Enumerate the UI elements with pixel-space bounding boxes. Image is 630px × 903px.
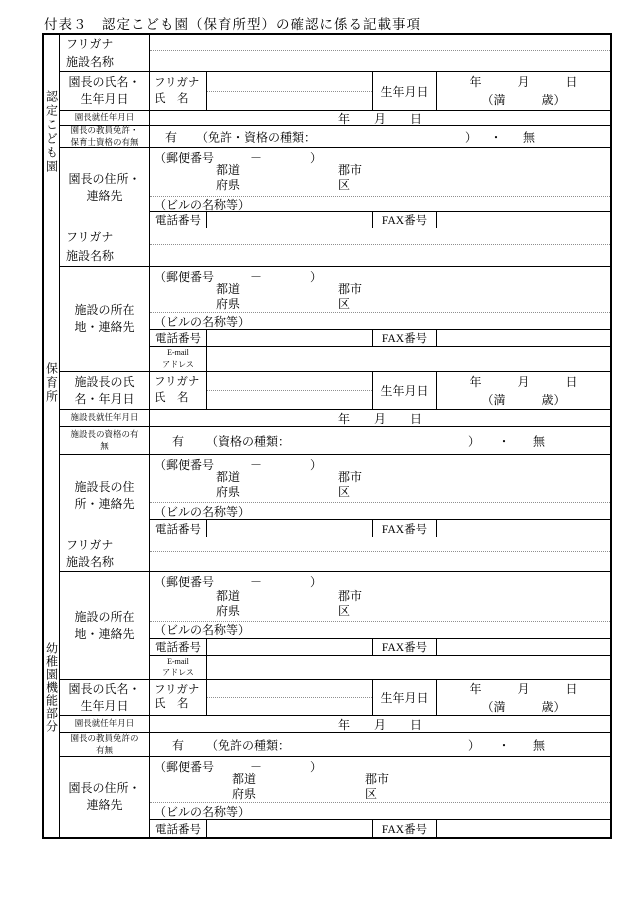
- row-label-line1: 施設長の氏: [74, 374, 134, 391]
- furigana-label: フリガナ: [66, 37, 113, 51]
- license-options: 有 （免許・資格の種類： ） ・ 無: [150, 126, 610, 147]
- email-label: E-mail アドレス: [150, 656, 207, 679]
- phone-label: 電話番号: [150, 212, 207, 228]
- phone-label: 電話番号: [150, 330, 207, 346]
- city-text: 郡市 区: [338, 282, 362, 312]
- license-label-line1: 施設長の資格の有: [70, 429, 138, 440]
- address-label-line2: 連絡先: [86, 797, 122, 814]
- name-furigana-sublabel: フリガナ: [154, 684, 206, 697]
- prefecture-text: 都道 府県: [216, 282, 240, 312]
- license-dot: ・: [490, 128, 502, 145]
- fax-label: FAX番号: [373, 639, 437, 655]
- director-name-row: 園長の氏名・ 生年月日 フリガナ 氏 名 生年月日 年 月 日 （満: [60, 72, 610, 111]
- head-address-row: 施設長の住 所・連絡先 （郵便番号 － ） 都道 府県 郡市: [60, 455, 610, 537]
- section-rows: フリガナ 施設名称 園長の氏名・ 生年月日 フリガナ 氏: [60, 35, 610, 228]
- row-label-line2: 生年月日: [80, 698, 128, 715]
- address-row-label: 園長の住所・ 連絡先: [60, 757, 150, 837]
- email-field: [207, 347, 610, 371]
- appointment-date-value: 年 月 日: [150, 716, 610, 732]
- appointment-date-value: 年 月 日: [150, 410, 610, 426]
- fax-label: FAX番号: [373, 212, 437, 228]
- birthdate-value-cell: 年 月 日 （満 歳）: [437, 72, 610, 110]
- building-name-text: （ビルの名称等）: [150, 622, 610, 639]
- city-line1: 郡市: [338, 589, 362, 604]
- row-label-line1: 園長の氏名・: [68, 74, 140, 91]
- appointment-date-label: 園長就任年月日: [60, 111, 150, 125]
- address-label-line1: 園長の住所・: [68, 780, 140, 797]
- address-row-label: 園長の住所・ 連絡先: [60, 148, 150, 228]
- license-kind: （資格の種類：: [206, 432, 290, 449]
- head-name-row-label: 施設長の氏 名・年月日: [60, 372, 150, 409]
- name-furigana-sublabel: フリガナ: [154, 77, 206, 90]
- facility-furigana-field: [150, 35, 610, 51]
- city-text: 郡市 区: [338, 163, 362, 193]
- license-kind: （免許・資格の種類：: [196, 128, 316, 145]
- phone-field: [207, 330, 373, 346]
- birthdate-value-cell: 年 月 日 （満 歳）: [437, 372, 610, 409]
- phone-fax-row: 電話番号 FAX番号: [150, 520, 610, 537]
- fax-field: [437, 330, 610, 346]
- fax-field: [437, 520, 610, 537]
- birthdate-ymd: 年 月 日: [469, 680, 577, 698]
- email-label-line1: E-mail: [167, 656, 189, 668]
- email-label-line2: アドレス: [162, 359, 194, 371]
- city-line1: 郡市: [365, 772, 389, 787]
- address-row-label: 施設の所在 地・連絡先: [60, 572, 150, 679]
- facility-furigana-field: [150, 537, 610, 552]
- license-label-line2: 無: [100, 441, 109, 452]
- facility-name-row-label: フリガナ 施設名称: [60, 228, 150, 266]
- director-address-row: 園長の住所・ 連絡先 （郵便番号 － ） 都道 府県 郡市: [60, 148, 610, 228]
- license-close-paren: ）: [468, 736, 480, 753]
- birthdate-age: （満 歳）: [481, 698, 565, 716]
- license-no: 無: [523, 128, 535, 145]
- address-main-field: （郵便番号 － ） 都道 府県 郡市 区: [150, 455, 610, 503]
- name-furigana-field: [207, 372, 372, 391]
- facility-address-row: 施設の所在 地・連絡先 （郵便番号 － ） 都道 府県 郡市: [60, 572, 610, 680]
- phone-field: [207, 520, 373, 537]
- prefecture-line1: 都道: [232, 772, 256, 787]
- name-fields: [207, 72, 373, 110]
- phone-field: [207, 212, 373, 228]
- appointment-date-label: 施設長就任年月日: [60, 410, 150, 426]
- facility-name-fields: [150, 35, 610, 71]
- prefecture-line1: 都道: [216, 282, 240, 297]
- facility-name-fields: [150, 537, 610, 571]
- email-label-line2: アドレス: [162, 667, 194, 679]
- qualification-row-label: 施設長の資格の有 無: [60, 427, 150, 454]
- row-label-line2: 生年月日: [80, 91, 128, 108]
- address-label-line2: 地・連絡先: [74, 626, 134, 643]
- address-fields: （郵便番号 － ） 都道 府県 郡市 区 （ビルの名称等）: [150, 572, 610, 679]
- section-vertical-label: 幼稚園機能部分: [44, 537, 60, 837]
- form-document-page: 付表３ 認定こども園（保育所型）の確認に係る記載事項 認定こども園 フリガナ 施…: [0, 0, 630, 903]
- qualification-row: 施設長の資格の有 無 有 （資格の種類： ） ・ 無: [60, 427, 610, 455]
- birthdate-age: （満 歳）: [481, 91, 565, 109]
- birthdate-label: 生年月日: [373, 72, 437, 110]
- name-field: [207, 698, 372, 715]
- row-label-line1: 園長の氏名・: [68, 681, 140, 698]
- facility-name-label: 施設名称: [66, 249, 114, 263]
- license-yes: 有: [172, 736, 184, 753]
- city-text: 郡市 区: [365, 772, 389, 802]
- name-sublabel: 氏 名: [154, 93, 206, 106]
- phone-label: 電話番号: [150, 639, 207, 655]
- city-line1: 郡市: [338, 163, 362, 178]
- city-line2: 区: [338, 604, 362, 619]
- fax-label: FAX番号: [373, 820, 437, 837]
- address-main-field: （郵便番号 － ） 都道 府県 郡市 区: [150, 757, 610, 803]
- address-label-line1: 施設の所在: [74, 609, 134, 626]
- director-name-row-label: 園長の氏名・ 生年月日: [60, 680, 150, 715]
- city-text: 郡市 区: [338, 589, 362, 619]
- section-rows: フリガナ 施設名称 施設の所在 地・連絡先 （郵便番: [60, 537, 610, 837]
- birthdate-label: 生年月日: [373, 372, 437, 409]
- facility-name-fields: [150, 228, 610, 266]
- fax-label: FAX番号: [373, 520, 437, 537]
- address-label-line2: 連絡先: [86, 188, 122, 205]
- email-label-line1: E-mail: [167, 347, 189, 359]
- name-sublabels: フリガナ 氏 名: [150, 680, 207, 715]
- director-name-row-label: 園長の氏名・ 生年月日: [60, 72, 150, 110]
- phone-fax-row: 電話番号 FAX番号: [150, 639, 610, 655]
- director-name-row: 園長の氏名・ 生年月日 フリガナ 氏 名 生年月日 年 月 日 （満: [60, 680, 610, 716]
- birthdate-age: （満 歳）: [481, 391, 565, 409]
- prefecture-line1: 都道: [216, 589, 240, 604]
- phone-fax-row: 電話番号 FAX番号: [150, 212, 610, 228]
- license-row-label: 園長の教員免許・ 保育士資格の有無: [60, 126, 150, 147]
- city-line2: 区: [338, 178, 362, 193]
- postal-code-text: （郵便番号 － ）: [154, 573, 322, 590]
- appointment-date-row: 施設長就任年月日 年 月 日: [60, 410, 610, 427]
- prefecture-line2: 府県: [216, 485, 240, 500]
- facility-name-label: 施設名称: [66, 55, 114, 69]
- appointment-date-row: 園長就任年月日 年 月 日: [60, 111, 610, 126]
- facility-name-field: [150, 51, 610, 71]
- prefecture-text: 都道 府県: [216, 589, 240, 619]
- fax-field: [437, 820, 610, 837]
- fax-label: FAX番号: [373, 330, 437, 346]
- license-yes: 有: [172, 432, 184, 449]
- name-furigana-field: [207, 72, 372, 92]
- license-kind: （免許の種類：: [206, 736, 290, 753]
- license-no: 無: [533, 432, 545, 449]
- prefecture-line2: 府県: [216, 604, 240, 619]
- prefecture-line1: 都道: [216, 163, 240, 178]
- license-row: 園長の教員免許・ 保育士資格の有無 有 （免許・資格の種類： ） ・ 無: [60, 126, 610, 148]
- address-label-line1: 施設長の住: [74, 479, 134, 496]
- license-close-paren: ）: [468, 432, 480, 449]
- address-fields: （郵便番号 － ） 都道 府県 郡市 区 （ビルの名称等）: [150, 148, 610, 228]
- prefecture-text: 都道 府県: [216, 470, 240, 500]
- name-sublabels: フリガナ 氏 名: [150, 372, 207, 409]
- city-line1: 郡市: [338, 282, 362, 297]
- phone-field: [207, 639, 373, 655]
- furigana-label: フリガナ: [66, 230, 113, 244]
- prefecture-line2: 府県: [216, 297, 240, 312]
- name-furigana-field: [207, 680, 372, 698]
- facility-furigana-field: [150, 228, 610, 245]
- license-options: 有 （免許の種類： ） ・ 無: [150, 733, 610, 756]
- facility-name-row-label: フリガナ 施設名称: [60, 537, 150, 571]
- section-certified-center: 認定こども園 フリガナ 施設名称 園長の氏名・ 生年月日: [44, 35, 610, 228]
- address-fields: （郵便番号 － ） 都道 府県 郡市 区 （ビルの名称等）: [150, 757, 610, 837]
- address-main-field: （郵便番号 － ） 都道 府県 郡市 区: [150, 267, 610, 313]
- address-row-label: 施設の所在 地・連絡先: [60, 267, 150, 371]
- license-no: 無: [533, 736, 545, 753]
- license-row-label: 園長の教員免許の 有無: [60, 733, 150, 756]
- address-row-label: 施設長の住 所・連絡先: [60, 455, 150, 537]
- row-label-line2: 名・年月日: [74, 391, 134, 408]
- phone-fax-row: 電話番号 FAX番号: [150, 330, 610, 346]
- city-line2: 区: [338, 485, 362, 500]
- license-row: 園長の教員免許の 有無 有 （免許の種類： ） ・ 無: [60, 733, 610, 757]
- name-sublabel: 氏 名: [154, 392, 206, 405]
- facility-name-row-label: フリガナ 施設名称: [60, 35, 150, 71]
- address-label-line1: 施設の所在: [74, 302, 134, 319]
- city-line1: 郡市: [338, 470, 362, 485]
- name-fields: [207, 372, 373, 409]
- license-dot: ・: [498, 736, 510, 753]
- facility-name-field: [150, 245, 610, 266]
- facility-name-row: フリガナ 施設名称: [60, 537, 610, 572]
- name-fields: [207, 680, 373, 715]
- phone-label: 電話番号: [150, 520, 207, 537]
- head-name-row: 施設長の氏 名・年月日 フリガナ 氏 名 生年月日 年 月 日 （満: [60, 372, 610, 410]
- birthdate-label: 生年月日: [373, 680, 437, 715]
- appointment-date-value: 年 月 日: [150, 111, 610, 125]
- fax-field: [437, 639, 610, 655]
- license-label-line1: 園長の教員免許・: [70, 125, 138, 136]
- phone-field: [207, 820, 373, 837]
- prefecture-line1: 都道: [216, 470, 240, 485]
- license-yes: 有: [165, 128, 177, 145]
- page-title: 付表３ 認定こども園（保育所型）の確認に係る記載事項: [44, 13, 421, 33]
- license-dot: ・: [498, 432, 510, 449]
- name-field: [207, 391, 372, 409]
- appointment-date-label: 園長就任年月日: [60, 716, 150, 732]
- facility-name-row: フリガナ 施設名称: [60, 35, 610, 72]
- email-row: E-mail アドレス: [150, 655, 610, 679]
- city-line2: 区: [338, 297, 362, 312]
- section-nursery: 保育所 フリガナ 施設名称 施設の所在 地・連絡先: [44, 228, 610, 537]
- prefecture-line2: 府県: [216, 178, 240, 193]
- birthdate-ymd: 年 月 日: [469, 373, 577, 391]
- address-fields: （郵便番号 － ） 都道 府県 郡市 区 （ビルの名称等）: [150, 455, 610, 537]
- facility-address-row: 施設の所在 地・連絡先 （郵便番号 － ） 都道 府県 郡市: [60, 267, 610, 372]
- name-field: [207, 92, 372, 111]
- city-text: 郡市 区: [338, 470, 362, 500]
- address-label-line2: 地・連絡先: [74, 319, 134, 336]
- name-furigana-sublabel: フリガナ: [154, 376, 206, 389]
- section-rows: フリガナ 施設名称 施設の所在 地・連絡先 （郵便番: [60, 228, 610, 537]
- appointment-date-row: 園長就任年月日 年 月 日: [60, 716, 610, 733]
- building-name-text: （ビルの名称等）: [150, 503, 610, 520]
- section-vertical-label: 認定こども園: [44, 35, 60, 228]
- section-kindergarten-function: 幼稚園機能部分 フリガナ 施設名称 施設の所在 地・連絡先: [44, 537, 610, 837]
- director-address-row: 園長の住所・ 連絡先 （郵便番号 － ） 都道 府県 郡市: [60, 757, 610, 837]
- birthdate-ymd: 年 月 日: [469, 73, 577, 91]
- license-label-line1: 園長の教員免許の: [70, 733, 138, 744]
- email-row: E-mail アドレス: [150, 346, 610, 371]
- qualification-options: 有 （資格の種類： ） ・ 無: [150, 427, 610, 454]
- building-name-text: （ビルの名称等）: [150, 313, 610, 330]
- address-main-field: （郵便番号 － ） 都道 府県 郡市 区: [150, 572, 610, 622]
- building-name-text: （ビルの名称等）: [150, 197, 610, 212]
- fax-field: [437, 212, 610, 228]
- prefecture-text: 都道 府県: [216, 163, 240, 193]
- address-main-field: （郵便番号 － ） 都道 府県 郡市 区: [150, 148, 610, 197]
- phone-label: 電話番号: [150, 820, 207, 837]
- license-close-paren: ）: [465, 128, 477, 145]
- address-label-line2: 所・連絡先: [74, 496, 134, 513]
- license-label-line2: 有無: [96, 745, 113, 756]
- facility-name-label: 施設名称: [66, 555, 114, 569]
- city-line2: 区: [365, 787, 389, 802]
- address-label-line1: 園長の住所・: [68, 171, 140, 188]
- facility-name-row: フリガナ 施設名称: [60, 228, 610, 267]
- birthdate-value-cell: 年 月 日 （満 歳）: [437, 680, 610, 715]
- form-table: 認定こども園 フリガナ 施設名称 園長の氏名・ 生年月日: [42, 33, 612, 839]
- furigana-label: フリガナ: [66, 538, 113, 552]
- prefecture-line2: 府県: [232, 787, 256, 802]
- license-label-line2: 保育士資格の有無: [70, 137, 138, 148]
- phone-fax-row: 電話番号 FAX番号: [150, 820, 610, 837]
- prefecture-text: 都道 府県: [232, 772, 256, 802]
- name-sublabel: 氏 名: [154, 698, 206, 711]
- email-field: [207, 656, 610, 679]
- building-name-text: （ビルの名称等）: [150, 803, 610, 820]
- facility-name-field: [150, 552, 610, 571]
- section-vertical-label: 保育所: [44, 228, 60, 537]
- address-fields: （郵便番号 － ） 都道 府県 郡市 区 （ビルの名称等）: [150, 267, 610, 371]
- email-label: E-mail アドレス: [150, 347, 207, 371]
- name-sublabels: フリガナ 氏 名: [150, 72, 207, 110]
